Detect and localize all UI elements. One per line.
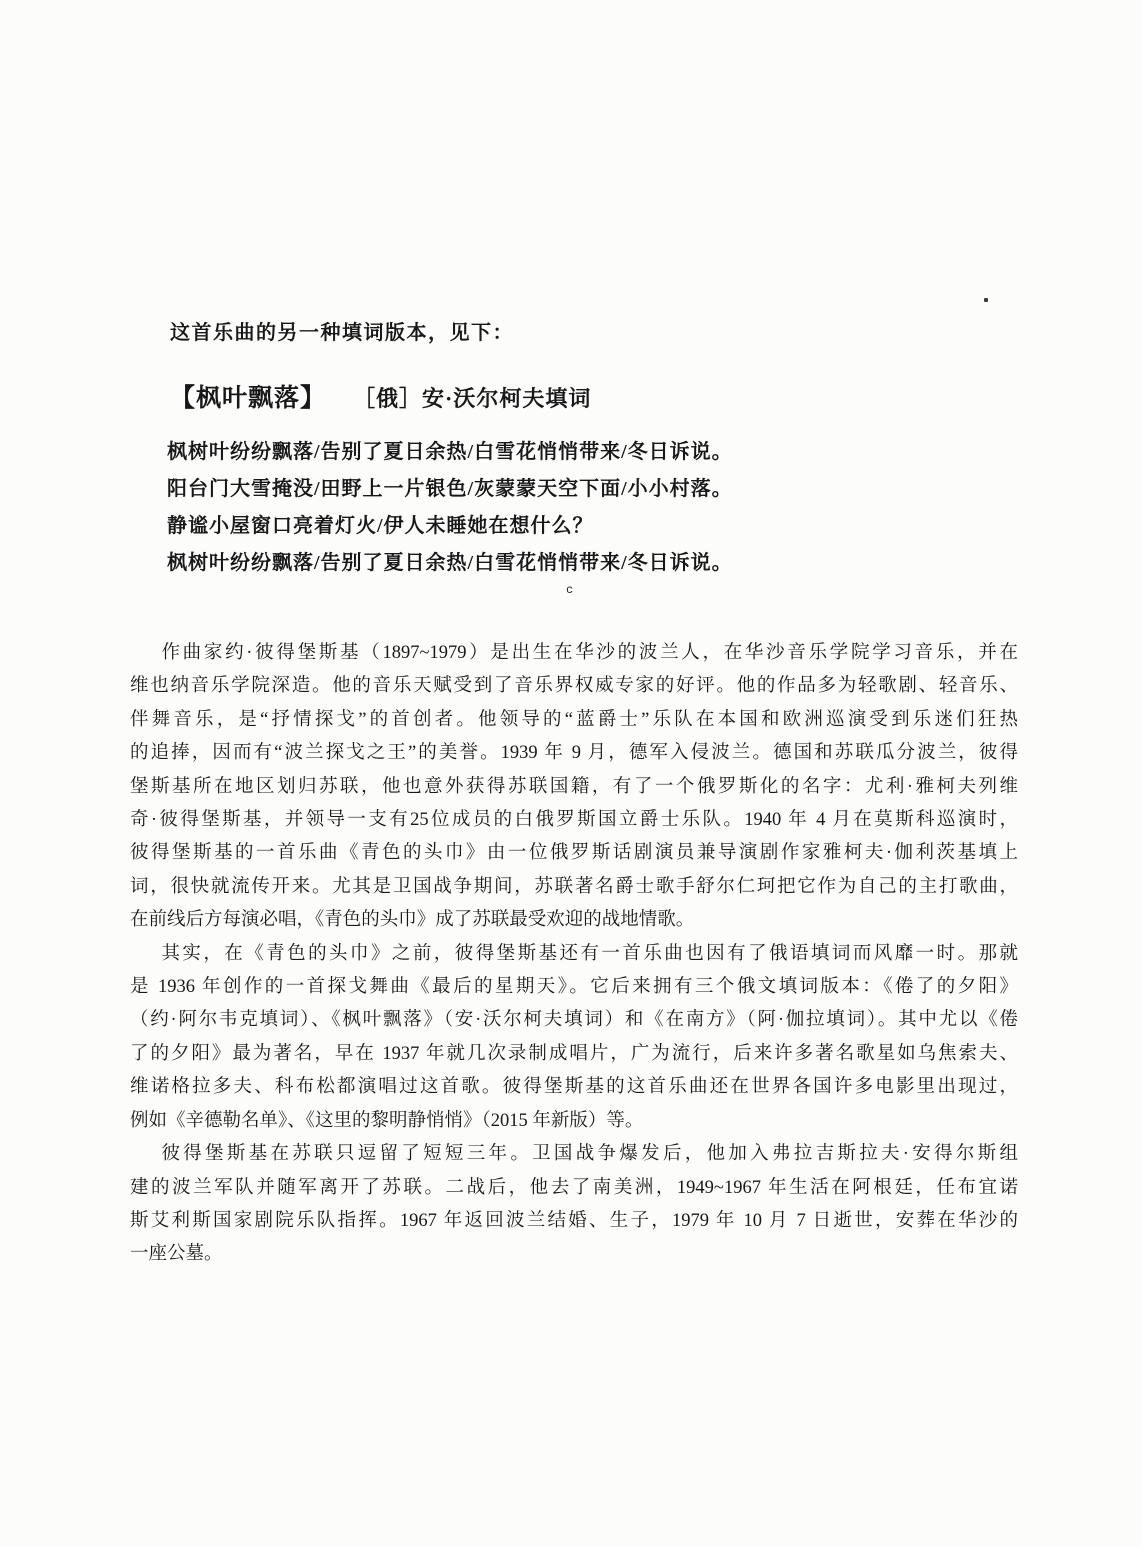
text-line: 例如《辛德勒名单》、《这里的黎明静悄悄》（2015 年新版）等。 (130, 1105, 1018, 1138)
text-line: 奇·彼得堡斯基，并领导一支有25位成员的白俄罗斯国立爵士乐队。1940 年 4 … (130, 804, 1018, 837)
text-line: （约·阿尔韦克填词）、《枫叶飘落》（安·沃尔柯夫填词）和《在南方》（阿·伽拉填词… (130, 1004, 1018, 1037)
text-line: 维诺格拉多夫、科布松都演唱过这首歌。彼得堡斯基的这首乐曲还在世界各国许多电影里出… (130, 1071, 1018, 1104)
scan-artifact-mark: c (566, 583, 573, 597)
text-line: 在前线后方每演必唱，《青色的头巾》成了苏联最受欢迎的战地情歌。 (130, 904, 1018, 937)
text-line: 其实，在《青色的头巾》之前，彼得堡斯基还有一首乐曲也因有了俄语填词而风靡一时。那… (130, 938, 1018, 971)
lyric-line: 阳台门大雪掩没/田野上一片银色/灰蒙蒙天空下面/小小村落。 (167, 471, 733, 508)
paragraph: 其实，在《青色的头巾》之前，彼得堡斯基还有一首乐曲也因有了俄语填词而风靡一时。那… (130, 938, 1018, 1138)
scan-speck (984, 298, 988, 302)
text-line: 堡斯基所在地区划归苏联，他也意外获得苏联国籍，有了一个俄罗斯化的名字：尤利·雅柯… (130, 771, 1018, 804)
text-line: 建的波兰军队并随军离开了苏联。二战后，他去了南美洲，1949~1967 年生活在… (130, 1172, 1018, 1205)
song-title: 【枫叶飘落】 (170, 385, 326, 412)
text-line: 伴舞音乐，是“抒情探戈”的首创者。他领导的“蓝爵士”乐队在本国和欧洲巡演受到乐迷… (130, 704, 1018, 737)
song-heading: 【枫叶飘落】［俄］安·沃尔柯夫填词 (170, 378, 591, 414)
scanned-document-page: 这首乐曲的另一种填词版本，见下： 【枫叶飘落】［俄］安·沃尔柯夫填词 枫树叶纷纷… (0, 0, 1142, 1547)
text-line: 一座公墓。 (130, 1238, 1018, 1271)
text-line: 了的夕阳》最为著名，早在 1937 年就几次录制成唱片，广为流行，后来许多著名歌… (130, 1038, 1018, 1071)
body-text: 作曲家约·彼得堡斯基（1897~1979）是出生在华沙的波兰人，在华沙音乐学院学… (130, 637, 1018, 1272)
intro-line: 这首乐曲的另一种填词版本，见下： (170, 316, 514, 345)
text-line: 维也纳音乐学院深造。他的音乐天赋受到了音乐界权威专家的好评。他的作品多为轻歌剧、… (130, 670, 1018, 703)
text-line: 彼得堡斯基在苏联只逗留了短短三年。卫国战争爆发后，他加入弗拉吉斯拉夫·安得尔斯组 (130, 1138, 1018, 1171)
lyric-line: 枫树叶纷纷飘落/告别了夏日余热/白雪花悄悄带来/冬日诉说。 (167, 434, 733, 471)
text-line: 斯艾利斯国家剧院乐队指挥。1967 年返回波兰结婚、生子，1979 年 10 月… (130, 1205, 1018, 1238)
paragraph: 作曲家约·彼得堡斯基（1897~1979）是出生在华沙的波兰人，在华沙音乐学院学… (130, 637, 1018, 938)
lyric-line: 静谧小屋窗口亮着灯火/伊人未睡她在想什么？ (167, 508, 733, 545)
lyricist-credit: ［俄］安·沃尔柯夫填词 (364, 386, 591, 411)
text-line: 词，很快就流传开来。尤其是卫国战争期间，苏联著名爵士歌手舒尔仁珂把它作为自己的主… (130, 871, 1018, 904)
paragraph: 彼得堡斯基在苏联只逗留了短短三年。卫国战争爆发后，他加入弗拉吉斯拉夫·安得尔斯组… (130, 1138, 1018, 1272)
text-line: 的追捧，因而有“波兰探戈之王”的美誉。1939 年 9 月，德军入侵波兰。德国和… (130, 737, 1018, 770)
lyric-line: 枫树叶纷纷飘落/告别了夏日余热/白雪花悄悄带来/冬日诉说。 (167, 545, 733, 582)
text-line: 彼得堡斯基的一首乐曲《青色的头巾》由一位俄罗斯话剧演员兼导演剧作家雅柯夫·伽利茨… (130, 837, 1018, 870)
lyrics-block: 枫树叶纷纷飘落/告别了夏日余热/白雪花悄悄带来/冬日诉说。阳台门大雪掩没/田野上… (167, 434, 733, 582)
text-line: 作曲家约·彼得堡斯基（1897~1979）是出生在华沙的波兰人，在华沙音乐学院学… (130, 637, 1018, 670)
text-line: 是 1936 年创作的一首探戈舞曲《最后的星期天》。它后来拥有三个俄文填词版本：… (130, 971, 1018, 1004)
